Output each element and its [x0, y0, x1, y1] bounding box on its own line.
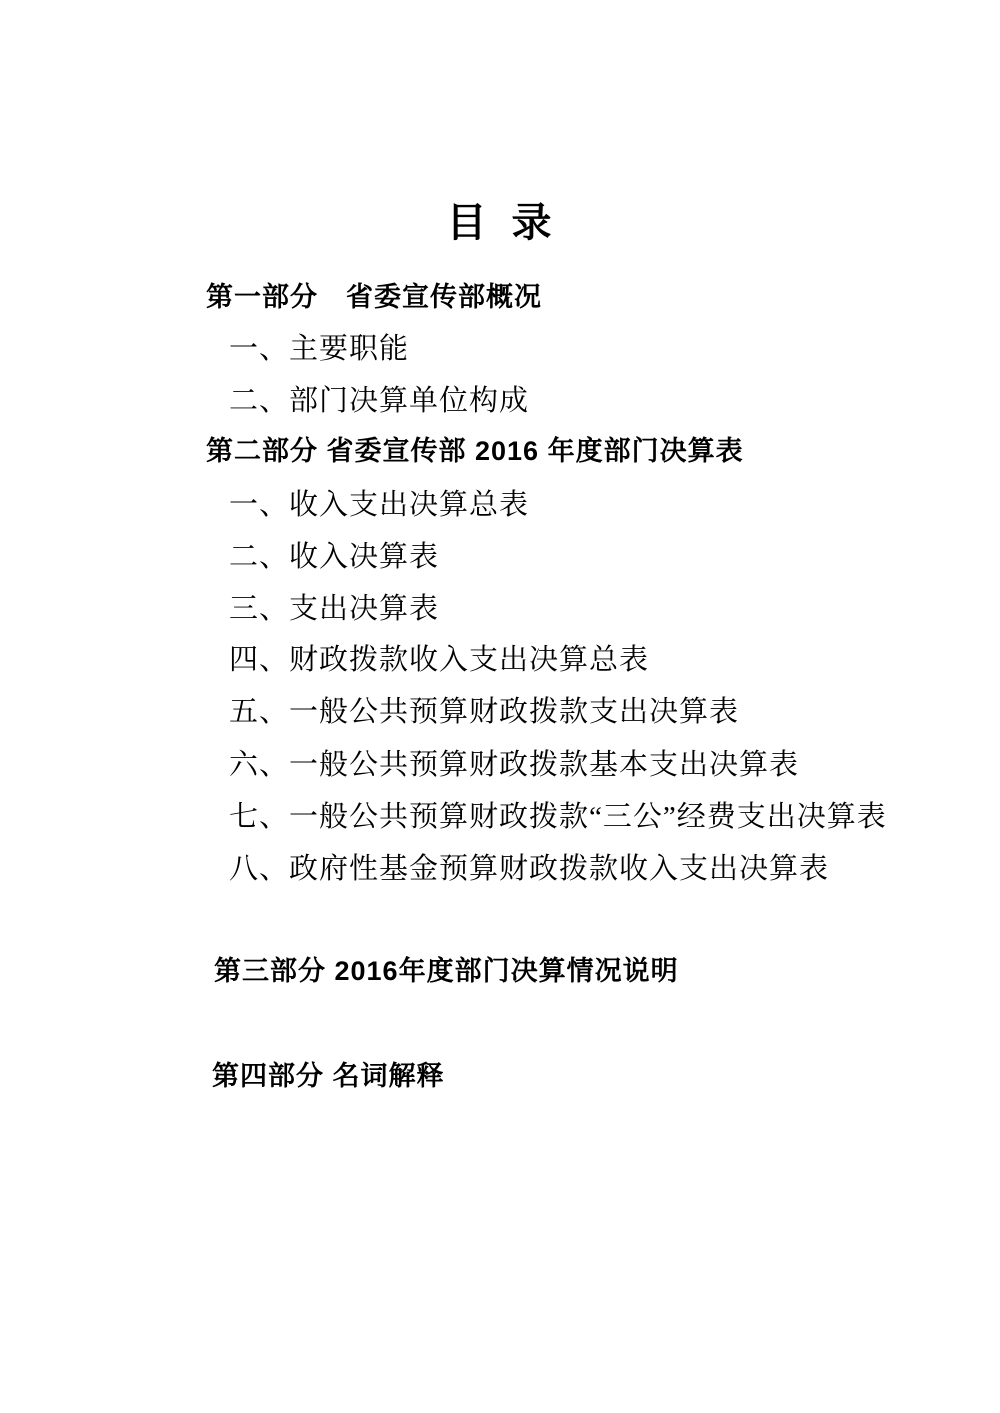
toc-entry: 二、收入决算表 [229, 543, 439, 572]
toc-entry: 四、财政拨款收入支出决算总表 [229, 646, 649, 675]
toc-entry: 八、政府性基金预算财政拨款收入支出决算表 [229, 855, 829, 884]
toc-part-heading-3: 第三部分 2016年度部门决算情况说明 [214, 958, 679, 985]
toc-part-heading-1: 第一部分 省委宣传部概况 [206, 284, 542, 311]
toc-entry: 二、部门决算单位构成 [229, 387, 529, 416]
toc-part-heading-4: 第四部分 名词解释 [212, 1063, 445, 1090]
document-page: 目 录 第一部分 省委宣传部概况 一、主要职能 二、部门决算单位构成 第二部分 … [0, 0, 1000, 1413]
toc-entry: 七、一般公共预算财政拨款“三公”经费支出决算表 [229, 803, 887, 832]
toc-entry: 一、主要职能 [229, 335, 409, 364]
toc-entry: 六、一般公共预算财政拨款基本支出决算表 [229, 751, 799, 780]
toc-part-heading-2: 第二部分 省委宣传部 2016 年度部门决算表 [206, 438, 744, 465]
page-title: 目 录 [0, 203, 1000, 243]
toc-entry: 五、一般公共预算财政拨款支出决算表 [229, 698, 739, 727]
toc-entry: 三、支出决算表 [229, 595, 439, 624]
toc-entry: 一、收入支出决算总表 [229, 491, 529, 520]
